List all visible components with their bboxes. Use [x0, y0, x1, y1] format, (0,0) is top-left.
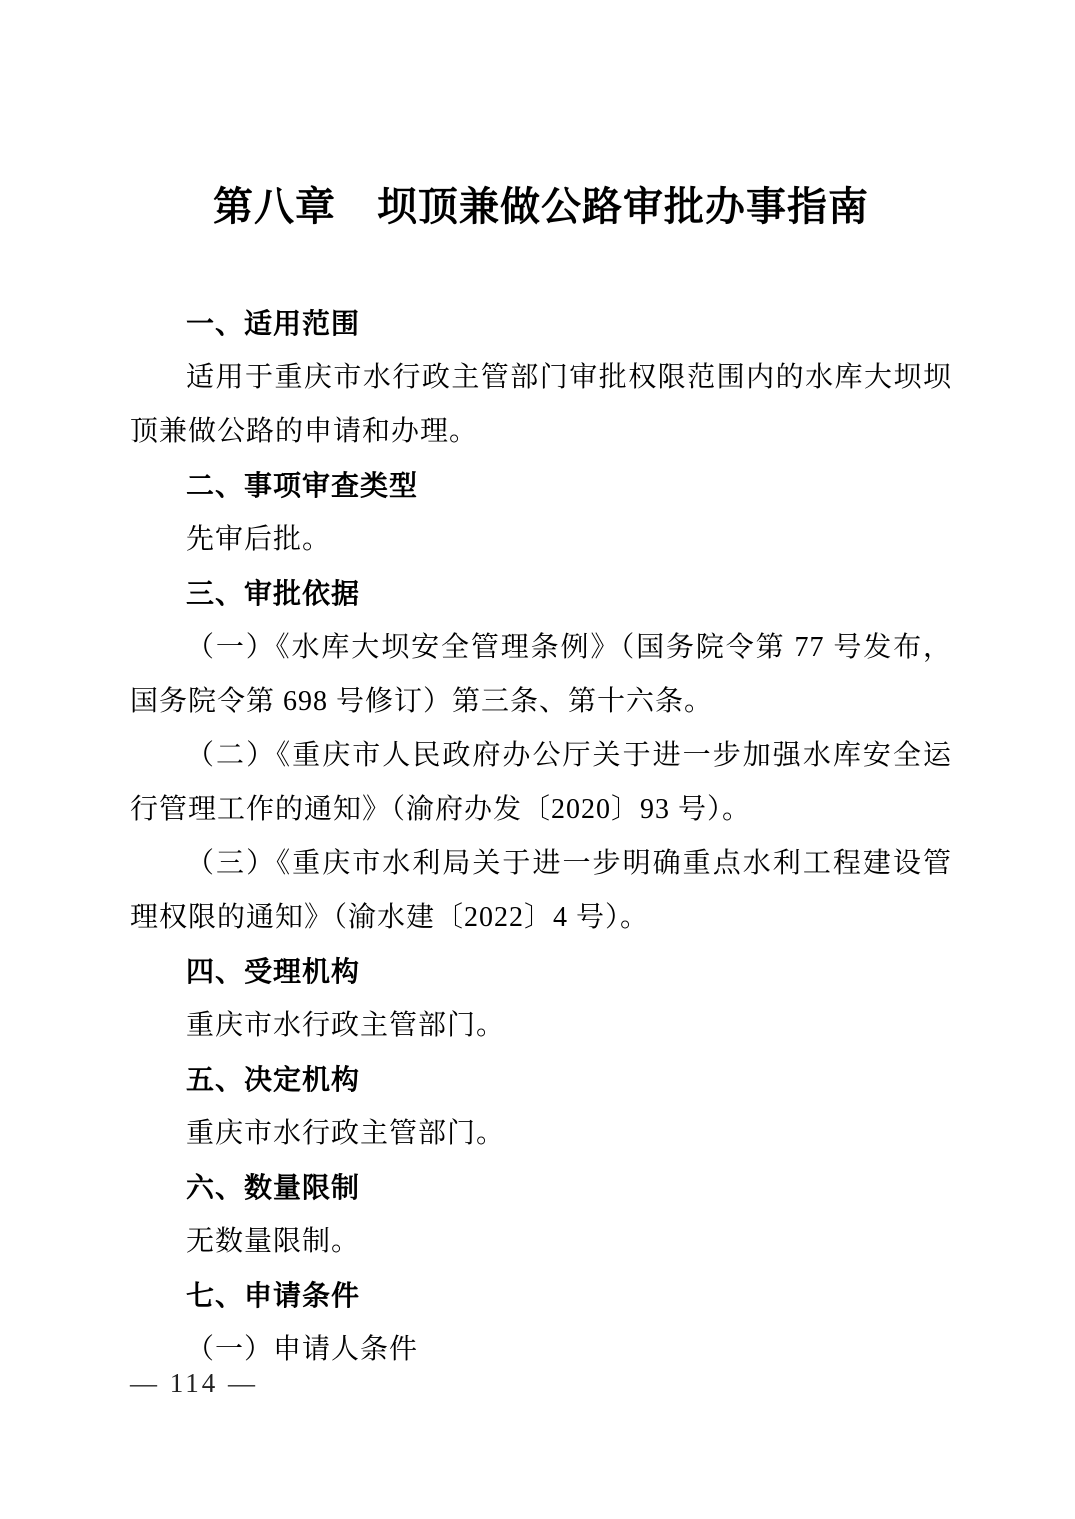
- document-content: 第八章 坝顶兼做公路审批办事指南 一、适用范围 适用于重庆市水行政主管部门审批权…: [130, 183, 952, 1377]
- para-applicable-scope: 适用于重庆市水行政主管部门审批权限范围内的水库大坝坝顶兼做公路的申请和办理。: [130, 351, 952, 459]
- document-page: 第八章 坝顶兼做公路审批办事指南 一、适用范围 适用于重庆市水行政主管部门审批权…: [0, 0, 1075, 1519]
- page-title: 第八章 坝顶兼做公路审批办事指南: [130, 183, 952, 231]
- heading-deciding-authority: 五、决定机构: [130, 1053, 952, 1107]
- heading-review-type: 二、事项审查类型: [130, 459, 952, 513]
- para-deciding-authority: 重庆市水行政主管部门。: [130, 1107, 952, 1161]
- heading-quantity-limit: 六、数量限制: [130, 1161, 952, 1215]
- para-quantity-limit: 无数量限制。: [130, 1215, 952, 1269]
- para-approval-basis-2: （二）《重庆市人民政府办公厅关于进一步加强水库安全运行管理工作的通知》（渝府办发…: [130, 729, 952, 837]
- para-approval-basis-3: （三）《重庆市水利局关于进一步明确重点水利工程建设管理权限的通知》（渝水建〔20…: [130, 837, 952, 945]
- heading-accepting-authority: 四、受理机构: [130, 945, 952, 999]
- para-review-type: 先审后批。: [130, 513, 952, 567]
- para-accepting-authority: 重庆市水行政主管部门。: [130, 999, 952, 1053]
- heading-applicable-scope: 一、适用范围: [130, 297, 952, 351]
- heading-approval-basis: 三、审批依据: [130, 567, 952, 621]
- page-number: — 114 —: [130, 1368, 258, 1398]
- para-approval-basis-1: （一）《水库大坝安全管理条例》（国务院令第 77 号发布，国务院令第 698 号…: [130, 621, 952, 729]
- heading-application-conditions: 七、申请条件: [130, 1269, 952, 1323]
